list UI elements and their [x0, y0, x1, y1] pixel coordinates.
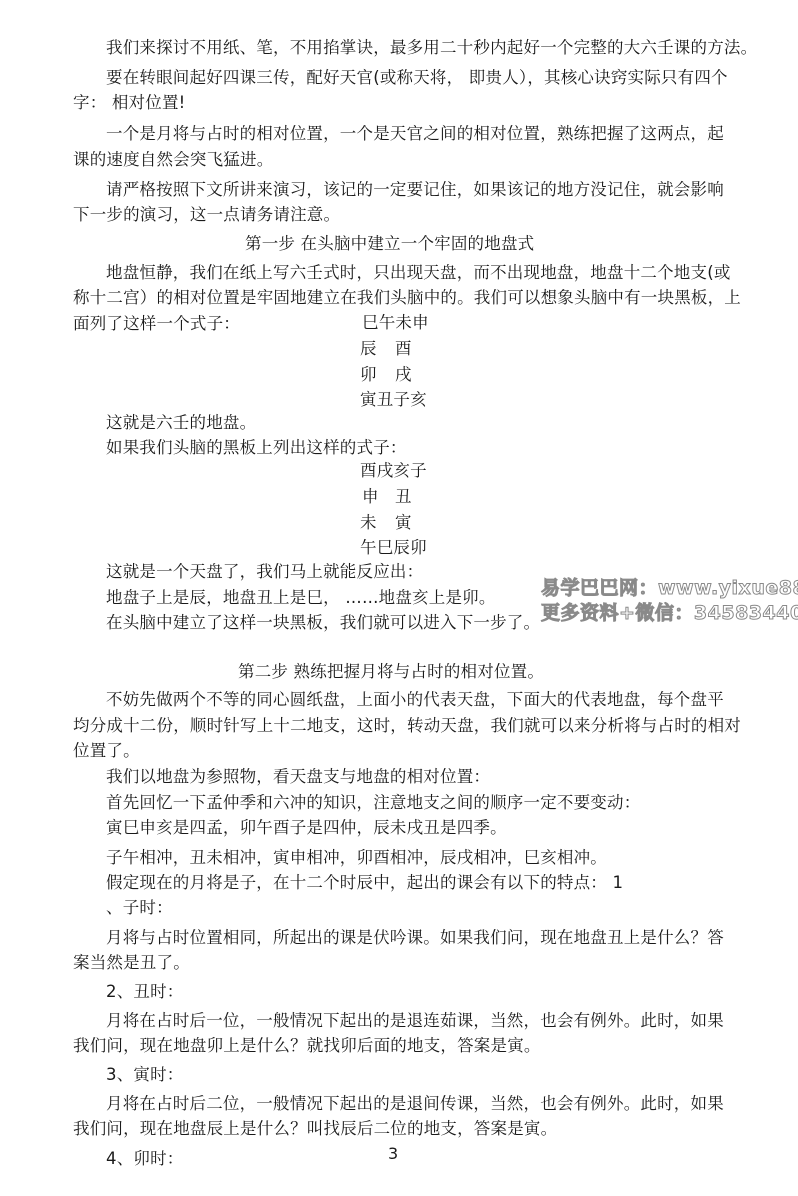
dipan-diagram-cell: 酉	[395, 339, 412, 359]
dipan-diagram-cell: 卯	[360, 365, 377, 385]
text-line: 要在转眼间起好四课三传，配好天官(或称天将， 即贵人），其核心诀窍实际只有四个	[106, 68, 728, 88]
text-line: 地盘子上是辰，地盘丑上是巳， ……地盘亥上是卯。	[106, 588, 496, 608]
text-line: 月将与占时位置相同，所起出的课是伏吟课。如果我们问，现在地盘丑上是什么？答	[106, 928, 724, 948]
tianpan-diagram-cell: 寅	[395, 513, 412, 533]
text-line: 我们来探讨不用纸、笔，不用掐掌诀，最多用二十秒内起好一个完整的大六壬课的方法。	[106, 38, 757, 58]
tianpan-diagram-cell: 未	[360, 513, 377, 533]
text-line: 如果我们头脑的黑板上列出这样的式子：	[106, 438, 407, 458]
text-line: 课的速度自然会突飞猛进。	[73, 150, 273, 170]
text-line: 不妨先做两个不等的同心圆纸盘，上面小的代表天盘，下面大的代表地盘，每个盘平	[106, 690, 724, 710]
text-line: 我们以地盘为参照物，看天盘支与地盘的相对位置：	[106, 767, 490, 787]
text-line: 称十二宫）的相对位置是牢固地建立在我们头脑中的。我们可以想象头脑中有一块黑板，上	[73, 288, 741, 308]
dipan-diagram-cell: 寅丑子亥	[360, 390, 427, 410]
text-line: 地盘恒静，我们在纸上写六壬式时，只出现天盘，而不出现地盘，地盘十二个地支(或	[106, 263, 731, 283]
text-line: 在头脑中建立了这样一块黑板，我们就可以进入下一步了。	[106, 613, 540, 633]
text-line: 均分成十二份，顺时针写上十二地支，这时，转动天盘，我们就可以来分析将与占时的相对	[73, 716, 741, 736]
text-line: 月将在占时后一位，一般情况下起出的是退连茹课，当然，也会有例外。此时，如果	[106, 1011, 724, 1031]
text-line: 位置了。	[73, 741, 140, 761]
watermark-site: 易学巴巴网：www.yixue88.cn	[541, 573, 798, 600]
text-line: 一个是月将与占时的相对位置，一个是天官之间的相对位置，熟练把握了这两点，起	[106, 124, 724, 144]
text-line: 第二步 熟练把握月将与占时的相对位置。	[238, 662, 544, 682]
text-line: 案当然是丑了。	[73, 953, 190, 973]
text-line: 我们问，现在地盘辰上是什么？叫找辰后二位的地支，答案是寅。	[73, 1119, 557, 1139]
tianpan-diagram-cell: 丑	[395, 487, 412, 507]
text-line: 这就是六壬的地盘。	[106, 413, 256, 433]
dipan-diagram-cell: 巳午未申	[362, 313, 429, 333]
page-number: 3	[388, 1144, 398, 1163]
text-line: 首先回忆一下孟仲季和六冲的知识，注意地支之间的顺序一定不要变动：	[106, 793, 640, 813]
text-line: 月将在占时后二位，一般情况下起出的是退间传课，当然，也会有例外。此时，如果	[106, 1094, 724, 1114]
tianpan-diagram-cell: 申	[362, 487, 379, 507]
text-line: 、子时：	[106, 898, 173, 918]
text-line: 假定现在的月将是子，在十二个时辰中，起出的课会有以下的特点： 1	[106, 873, 623, 893]
text-line: 4、卯时：	[106, 1149, 184, 1169]
text-line: 请严格按照下文所讲来演习，该记的一定要记住，如果该记的地方没记住，就会影响	[106, 180, 724, 200]
text-line: 下一步的演习，这一点请务请注意。	[73, 205, 340, 225]
text-line: 第一步 在头脑中建立一个牢固的地盘式	[245, 234, 534, 254]
text-line: 3、寅时：	[106, 1065, 184, 1085]
text-line: 寅巳申亥是四孟，卯午酉子是四仲，辰未戌丑是四季。	[106, 818, 507, 838]
text-line: 字： 相对位置!	[73, 93, 185, 113]
tianpan-diagram-cell: 午巳辰卯	[360, 538, 427, 558]
text-line: 子午相冲，丑未相冲，寅申相冲，卯酉相冲，辰戌相冲，巳亥相冲。	[106, 848, 607, 868]
dipan-diagram-cell: 辰	[360, 339, 377, 359]
tianpan-diagram-cell: 酉戌亥子	[360, 461, 427, 481]
dipan-diagram-cell: 戌	[395, 365, 412, 385]
text-line: 面列了这样一个式子：	[73, 314, 240, 334]
text-line: 这就是一个天盘了，我们马上就能反应出：	[106, 562, 423, 582]
text-line: 2、丑时：	[106, 982, 184, 1002]
text-line: 我们问，现在地盘卯上是什么？就找卯后面的地支，答案是寅。	[73, 1036, 541, 1056]
watermark-wechat: 更多资料+微信：3458344044	[541, 598, 798, 625]
